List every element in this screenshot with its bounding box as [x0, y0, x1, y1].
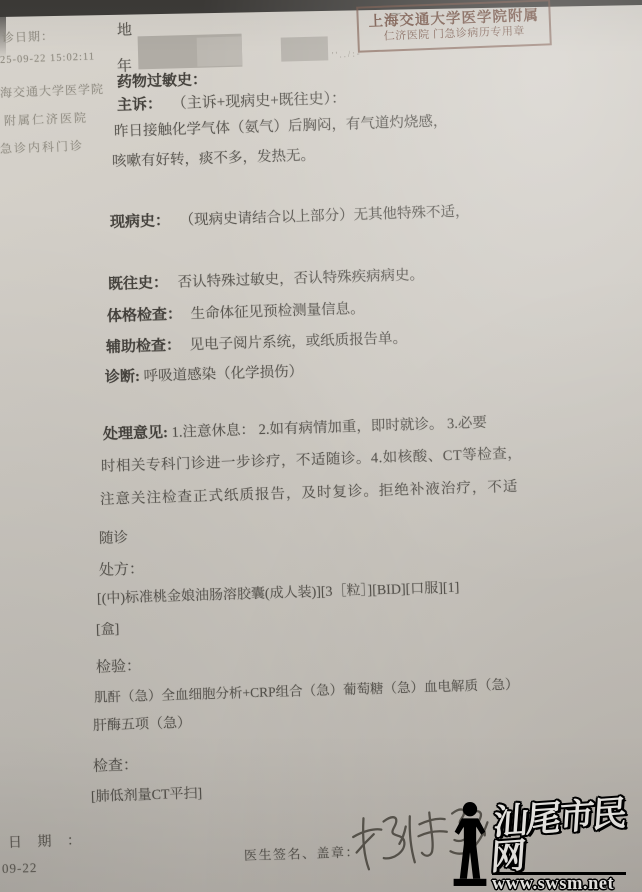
- allergy-history-text: 药物过敏史：: [117, 72, 207, 91]
- hospital-stamp: 上海交通大学医学院附属 仁济医院 门急诊病历专用章: [356, 0, 552, 53]
- chief-complaint-label: 主诉：: [117, 97, 162, 114]
- handwriting-marks: ''../:-: [332, 48, 362, 60]
- lab-line1: 肌酐（急）全血细胞分析+CRP组合（急）葡萄糖（急）血电解质（急）: [94, 673, 519, 706]
- hpi-text: （现病史请结合以上部分）无其他特殊不适，: [179, 204, 469, 229]
- rx-line1: [(中)标准桃金娘油肠溶胶囊(成人装)][3［粒］][BID][口服][1]: [97, 577, 460, 608]
- pe-row: 体格检查： 生命体征见预检测量信息。: [107, 297, 365, 326]
- advice-row1: 处理意见: 1.注意休息： 2.如有病情加重，即时就诊。 3.必要: [103, 411, 487, 444]
- chief-complaint-line2: 咳嗽有好转，痰不多，发热无。: [112, 144, 316, 171]
- advice-line4: 随诊: [99, 526, 129, 548]
- hpi-row: 现病史： （现病史请结合以上部分）无其他特殊不适，: [110, 200, 470, 232]
- paper-speck: ⁓: [391, 9, 401, 20]
- man-silhouette-icon: [450, 801, 490, 892]
- sidebar-department: 急诊内科门诊: [0, 137, 84, 157]
- advice-line1: 1.注意休息： 2.如有病情加重，即时就诊。 3.必要: [171, 415, 487, 441]
- hpi-label: 现病史：: [110, 213, 170, 231]
- chief-complaint-hint: （主诉+现病史+既往史）：: [172, 91, 347, 112]
- diagnosis-label: 诊断:: [105, 369, 140, 386]
- aux-label: 辅助检查：: [106, 338, 181, 356]
- watermark-site-url: www.swsm.net: [492, 875, 642, 892]
- site-watermark: 汕尾市民网 www.swsm.net: [450, 804, 642, 892]
- lab-label: 检验：: [96, 655, 142, 677]
- footer-date-value: 09-22: [2, 860, 38, 877]
- address-label: 地: [117, 19, 133, 40]
- redaction-box-1b: [197, 36, 243, 66]
- watermark-texts: 汕尾市民网 www.swsm.net: [492, 800, 642, 892]
- sidebar-hospital-name-2: 附属仁济医院: [4, 109, 89, 129]
- chief-complaint-row: 主诉： （主诉+现病史+既往史）：: [117, 87, 347, 115]
- pmh-text: 否认特殊过敏史，否认特殊疾病病史。: [177, 267, 424, 291]
- rx-label: 处方：: [99, 558, 145, 580]
- allergy-history-label: 药物过敏史：: [117, 68, 208, 92]
- doctor-sign-label: 医生签名、盖章：: [244, 841, 361, 864]
- sidebar-hospital-name-1: 海交通大学医学院: [0, 80, 104, 101]
- diagnosis-text: 呼吸道感染（化学损伤）: [143, 364, 303, 385]
- lab-line2: 肝酶五项（急）: [93, 712, 192, 735]
- aux-text: 见电子阅片系统，或纸质报告单。: [189, 331, 407, 354]
- watermark-site-name: 汕尾市民网: [490, 794, 642, 875]
- footer-date-label: 日 期 ：: [8, 830, 88, 852]
- chief-complaint-line1: 昨日接触化学气体（氨气）后胸闷，有气道灼烧感，: [114, 110, 448, 141]
- advice-line2: 时相关专科门诊进一步诊疗，不适随诊。4.如核酸、CT等检查，: [101, 442, 523, 476]
- advice-line3: 注意关注检查正式纸质报告，及时复诊。拒绝补液治疗，不适: [100, 475, 519, 509]
- aux-row: 辅助检查： 见电子阅片系统，或纸质报告单。: [106, 327, 408, 357]
- pmh-label: 既往史：: [108, 275, 168, 293]
- redaction-box-2: [281, 36, 329, 61]
- exam-line1: [肺低剂量CT平扫]: [91, 783, 203, 806]
- diagnosis-row: 诊断: 呼吸道感染（化学损伤）: [105, 360, 304, 387]
- pe-text: 生命体征见预检测量信息。: [190, 301, 364, 322]
- advice-label: 处理意见:: [103, 425, 168, 443]
- rx-line2: [盒]: [96, 618, 120, 639]
- pe-label: 体格检查：: [107, 307, 182, 325]
- sidebar-visit-datetime: 25-09-22 15:02:11: [0, 51, 95, 66]
- sidebar-visit-date-label: 诊日期：: [2, 27, 55, 46]
- exam-label: 检查：: [93, 754, 139, 776]
- medical-record-photo: { "stamp": { "line1": "上海交通大学医学院附属", "li…: [0, 0, 642, 892]
- pmh-row: 既往史： 否认特殊过敏史，否认特殊疾病病史。: [108, 263, 425, 294]
